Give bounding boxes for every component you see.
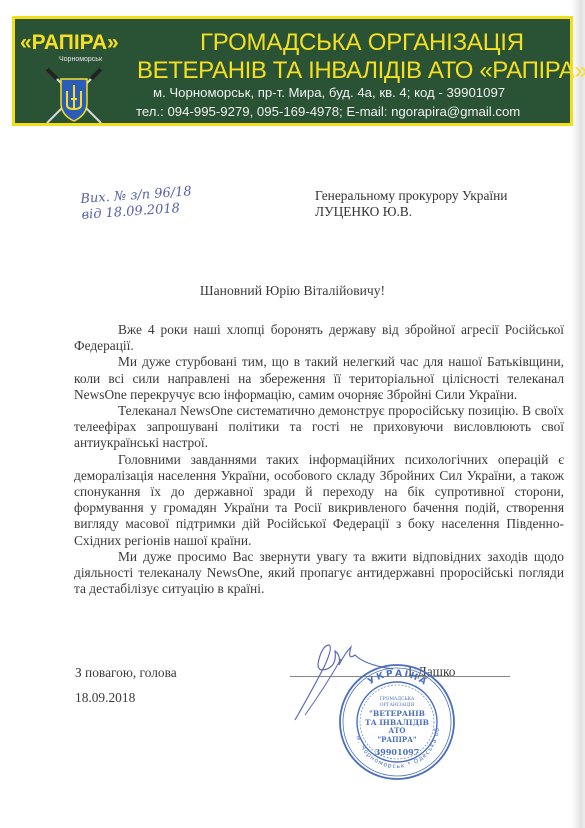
brand-name: «РАПІРА» [20, 31, 119, 55]
svg-text:УКРАЇНА: УКРАЇНА [366, 669, 429, 689]
closing-text: З повагою, голова [75, 665, 177, 681]
letterhead-banner: «РАПІРА» Чорноморськ ГРОМАДСЬКА ОРГАНІЗА… [12, 16, 573, 126]
organization-stamp-icon: УКРАЇНА м. Чорноморськ * Одеська область… [337, 662, 457, 782]
svg-text:"РАПІРА": "РАПІРА" [377, 735, 416, 744]
svg-text:39901097: 39901097 [375, 747, 420, 757]
paragraph: Вже 4 роки наші хлопці боронять державу … [74, 322, 564, 354]
scan-edge-shadow [571, 0, 585, 828]
brand-city: Чорноморськ [59, 56, 102, 63]
paragraph: Телеканал NewsOne систематично демонстру… [74, 403, 564, 452]
svg-text:ГРОМАДСЬКА: ГРОМАДСЬКА [380, 696, 415, 702]
org-title-line2: ВЕТЕРАНІВ ТА ІНВАЛІДІВ АТО «РАПІРА» [137, 57, 585, 85]
org-contacts: тел.: 094-995-9279, 095-169-4978; E-mail… [136, 104, 520, 119]
addressee-block: Генеральному прокурору України ЛУЦЕНКО Ю… [315, 188, 507, 220]
svg-text:АТО: АТО [388, 726, 405, 735]
closing-date: 18.09.2018 [75, 690, 135, 706]
addressee-title: Генеральному прокурору України [315, 188, 507, 204]
org-title-line1: ГРОМАДСЬКА ОРГАНІЗАЦІЯ [200, 29, 524, 57]
letter-body: Вже 4 роки наші хлопці боронять державу … [74, 322, 564, 597]
svg-text:ОРГАНІЗАЦІЯ: ОРГАНІЗАЦІЯ [380, 702, 415, 708]
trident-shield-crossed-swords-icon [43, 63, 105, 127]
salutation: Шановний Юрію Віталійовичу! [0, 283, 585, 299]
paragraph: Ми дуже просимо Вас звернути увагу та вж… [74, 549, 564, 598]
paragraph: Ми дуже стурбовані тим, що в такий нелег… [74, 354, 564, 403]
org-address: м. Чорноморськ, пр-т. Мира, буд. 4а, кв.… [153, 85, 505, 100]
svg-text:"ВЕТЕРАНІВ: "ВЕТЕРАНІВ [369, 709, 425, 718]
paragraph: Головними завданнями таких інформаційних… [74, 452, 564, 549]
registration-note: Вих. № з/п 96/18 від 18.09.2018 [80, 184, 193, 224]
letterhead-inner: «РАПІРА» Чорноморськ ГРОМАДСЬКА ОРГАНІЗА… [15, 19, 570, 123]
addressee-name: ЛУЦЕНКО Ю.В. [315, 204, 507, 220]
